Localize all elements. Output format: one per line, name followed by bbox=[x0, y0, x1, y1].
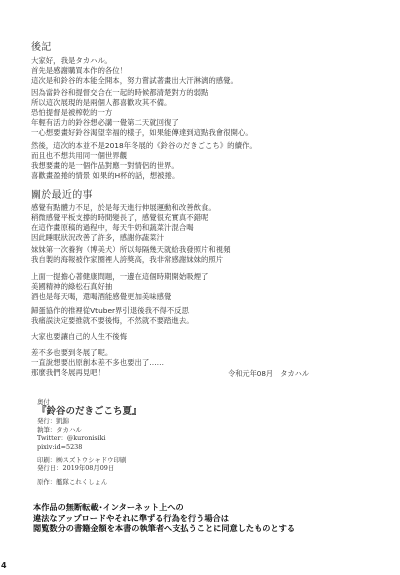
legal-line: 本作品の無断転載･インターネット上への bbox=[33, 502, 295, 513]
text-line: 一心想要畫好鈴谷渴望幸福的樣子，如果能傳達到這點我會很開心。 bbox=[31, 128, 253, 138]
text-line: 大家也要讓自己的人生不後悔 bbox=[31, 332, 127, 342]
text-line: 我自製的海報被作家圈裡人誇獎高，我非常感謝妹妹的照片 bbox=[31, 255, 231, 265]
recent-paragraph-2: 妹妹第一次養狗（博美犬）所以每隔幾天就給我發照片和視頻 我自製的海報被作家圈裡人… bbox=[31, 245, 231, 265]
recent-paragraph-3: 上面一提擔心著健康問題，一邊在這個時期開始吸煙了 美國精神的綠松石真好抽 酒也是… bbox=[31, 272, 208, 302]
afterword-paragraph-3: 然後，這次的本並不是2018年冬展的《鈴谷のだきごこち》的續作。 而且也不想共用… bbox=[31, 141, 257, 181]
legal-line: 違法なアップロードやそれに準ずる行為を行う場合は bbox=[33, 513, 295, 524]
text-line: 所以這次展現的是兩個人都喜歡攻其不備。 bbox=[31, 98, 253, 108]
text-line: 年輕有活力的鈴谷想必講一覺第二天就回復了 bbox=[31, 118, 253, 128]
text-line: 我想要畫的是一個作品對應一對情侶的世界。 bbox=[31, 161, 257, 171]
text-line: 一直說想要出原創本差不多也要出了…… bbox=[31, 358, 164, 368]
colophon-original: 原作：艦隊これくしょん bbox=[37, 478, 142, 486]
text-line: 而且也不想共用同一個世界觀 bbox=[31, 151, 257, 161]
text-line: 首先是感謝購買本作的各位！ bbox=[31, 66, 238, 76]
colophon-date: 発行日：2019年08月09日 bbox=[37, 464, 142, 472]
afterword-paragraph-1: 大家好，我是タカハル。 首先是感謝購買本作的各位！ 這次是和鈴谷的本能全開本，努… bbox=[31, 56, 238, 86]
recent-paragraph-5: 大家也要讓自己的人生不後悔 bbox=[31, 332, 127, 342]
afterword-paragraph-2: 因為當鈴谷和提督交合在一起的時候都清楚對方的弱點 所以這次展現的是兩個人都喜歡攻… bbox=[31, 88, 253, 138]
text-line: 因此睡眠狀況改善了許多，感謝你蔬菜汁 bbox=[31, 233, 216, 243]
text-line: 上面一提擔心著健康問題，一邊在這個時期開始吸煙了 bbox=[31, 272, 208, 282]
text-line: 差不多也要到冬展了呢。 bbox=[31, 348, 164, 358]
text-line: 那麼我們冬展再見吧！ bbox=[31, 368, 164, 378]
text-line: 妹妹第一次養狗（博美犬）所以每隔幾天就給我發照片和視頻 bbox=[31, 245, 231, 255]
document-page: 後記 大家好，我是タカハル。 首先是感謝購買本作的各位！ 這次是和鈴谷的本能全開… bbox=[0, 0, 400, 575]
text-line: 在這作畫原稿的過程中，每天牛奶和蔬菜汁混合喝 bbox=[31, 223, 216, 233]
text-line: 大家好，我是タカハル。 bbox=[31, 56, 238, 66]
colophon-pixiv: pixiv:id=5238 bbox=[37, 443, 142, 451]
text-line: 感覺有點體力不足，於是每天進行伸展運動和改善飲食。 bbox=[31, 203, 216, 213]
text-line: 喜歡畫盈捲的情景 如果的H杯的話，想被捲。 bbox=[31, 171, 257, 181]
recent-heading: 關於最近的事 bbox=[31, 186, 93, 201]
colophon-title: 『鈴谷のだきごこち夏』 bbox=[37, 406, 142, 417]
colophon-publisher: 発行：凱錦 bbox=[37, 417, 142, 425]
text-line: 然後，這次的本並不是2018年冬展的《鈴谷のだきごこち》的續作。 bbox=[31, 141, 257, 151]
text-line: 恐怕提督是被榨乾的一方 bbox=[31, 108, 253, 118]
legal-notice: 本作品の無断転載･インターネット上への 違法なアップロードやそれに準ずる行為を行… bbox=[33, 502, 295, 534]
recent-paragraph-4: 歸蛋協作的推裡從Vtuber界引退後我不得不反思 我痛誤決定要推就不要後悔，不然… bbox=[31, 306, 194, 326]
colophon: 奥付 『鈴谷のだきごこち夏』 発行：凱錦 執筆：タカハル Twitter：@ku… bbox=[37, 398, 142, 486]
text-line: 這次是和鈴谷的本能全開本，努力嘗試著畫出大汗淋漓的感覺。 bbox=[31, 76, 238, 86]
text-line: 美國精神的綠松石真好抽 bbox=[31, 282, 208, 292]
recent-paragraph-1: 感覺有點體力不足，於是每天進行伸展運動和改善飲食。 稍微感覺平板支撐的時間變長了… bbox=[31, 203, 216, 243]
text-line: 我痛誤決定要推就不要後悔，不然就不要踏進去。 bbox=[31, 316, 194, 326]
afterword-heading: 後記 bbox=[31, 38, 52, 53]
colophon-twitter: Twitter：@kuronisiki bbox=[37, 434, 142, 442]
colophon-author: 執筆：タカハル bbox=[37, 426, 142, 434]
signoff: 令和元年08月 タカハル bbox=[228, 369, 309, 379]
text-line: 稍微感覺平板支撐的時間變長了，感覺很充實真不錯呢 bbox=[31, 213, 216, 223]
text-line: 因為當鈴谷和提督交合在一起的時候都清楚對方的弱點 bbox=[31, 88, 253, 98]
legal-line: 閲覧数分の書籍金額を本書の執筆者へ支払うことに同意したものとする bbox=[33, 523, 295, 534]
text-line: 酒也是每天喝，還喝酒能感覺更加美味感覺 bbox=[31, 292, 208, 302]
page-number: 4 bbox=[1, 561, 7, 570]
text-line: 歸蛋協作的推裡從Vtuber界引退後我不得不反思 bbox=[31, 306, 194, 316]
recent-paragraph-6: 差不多也要到冬展了呢。 一直說想要出原創本差不多也要出了…… 那麼我們冬展再見吧… bbox=[31, 348, 164, 378]
